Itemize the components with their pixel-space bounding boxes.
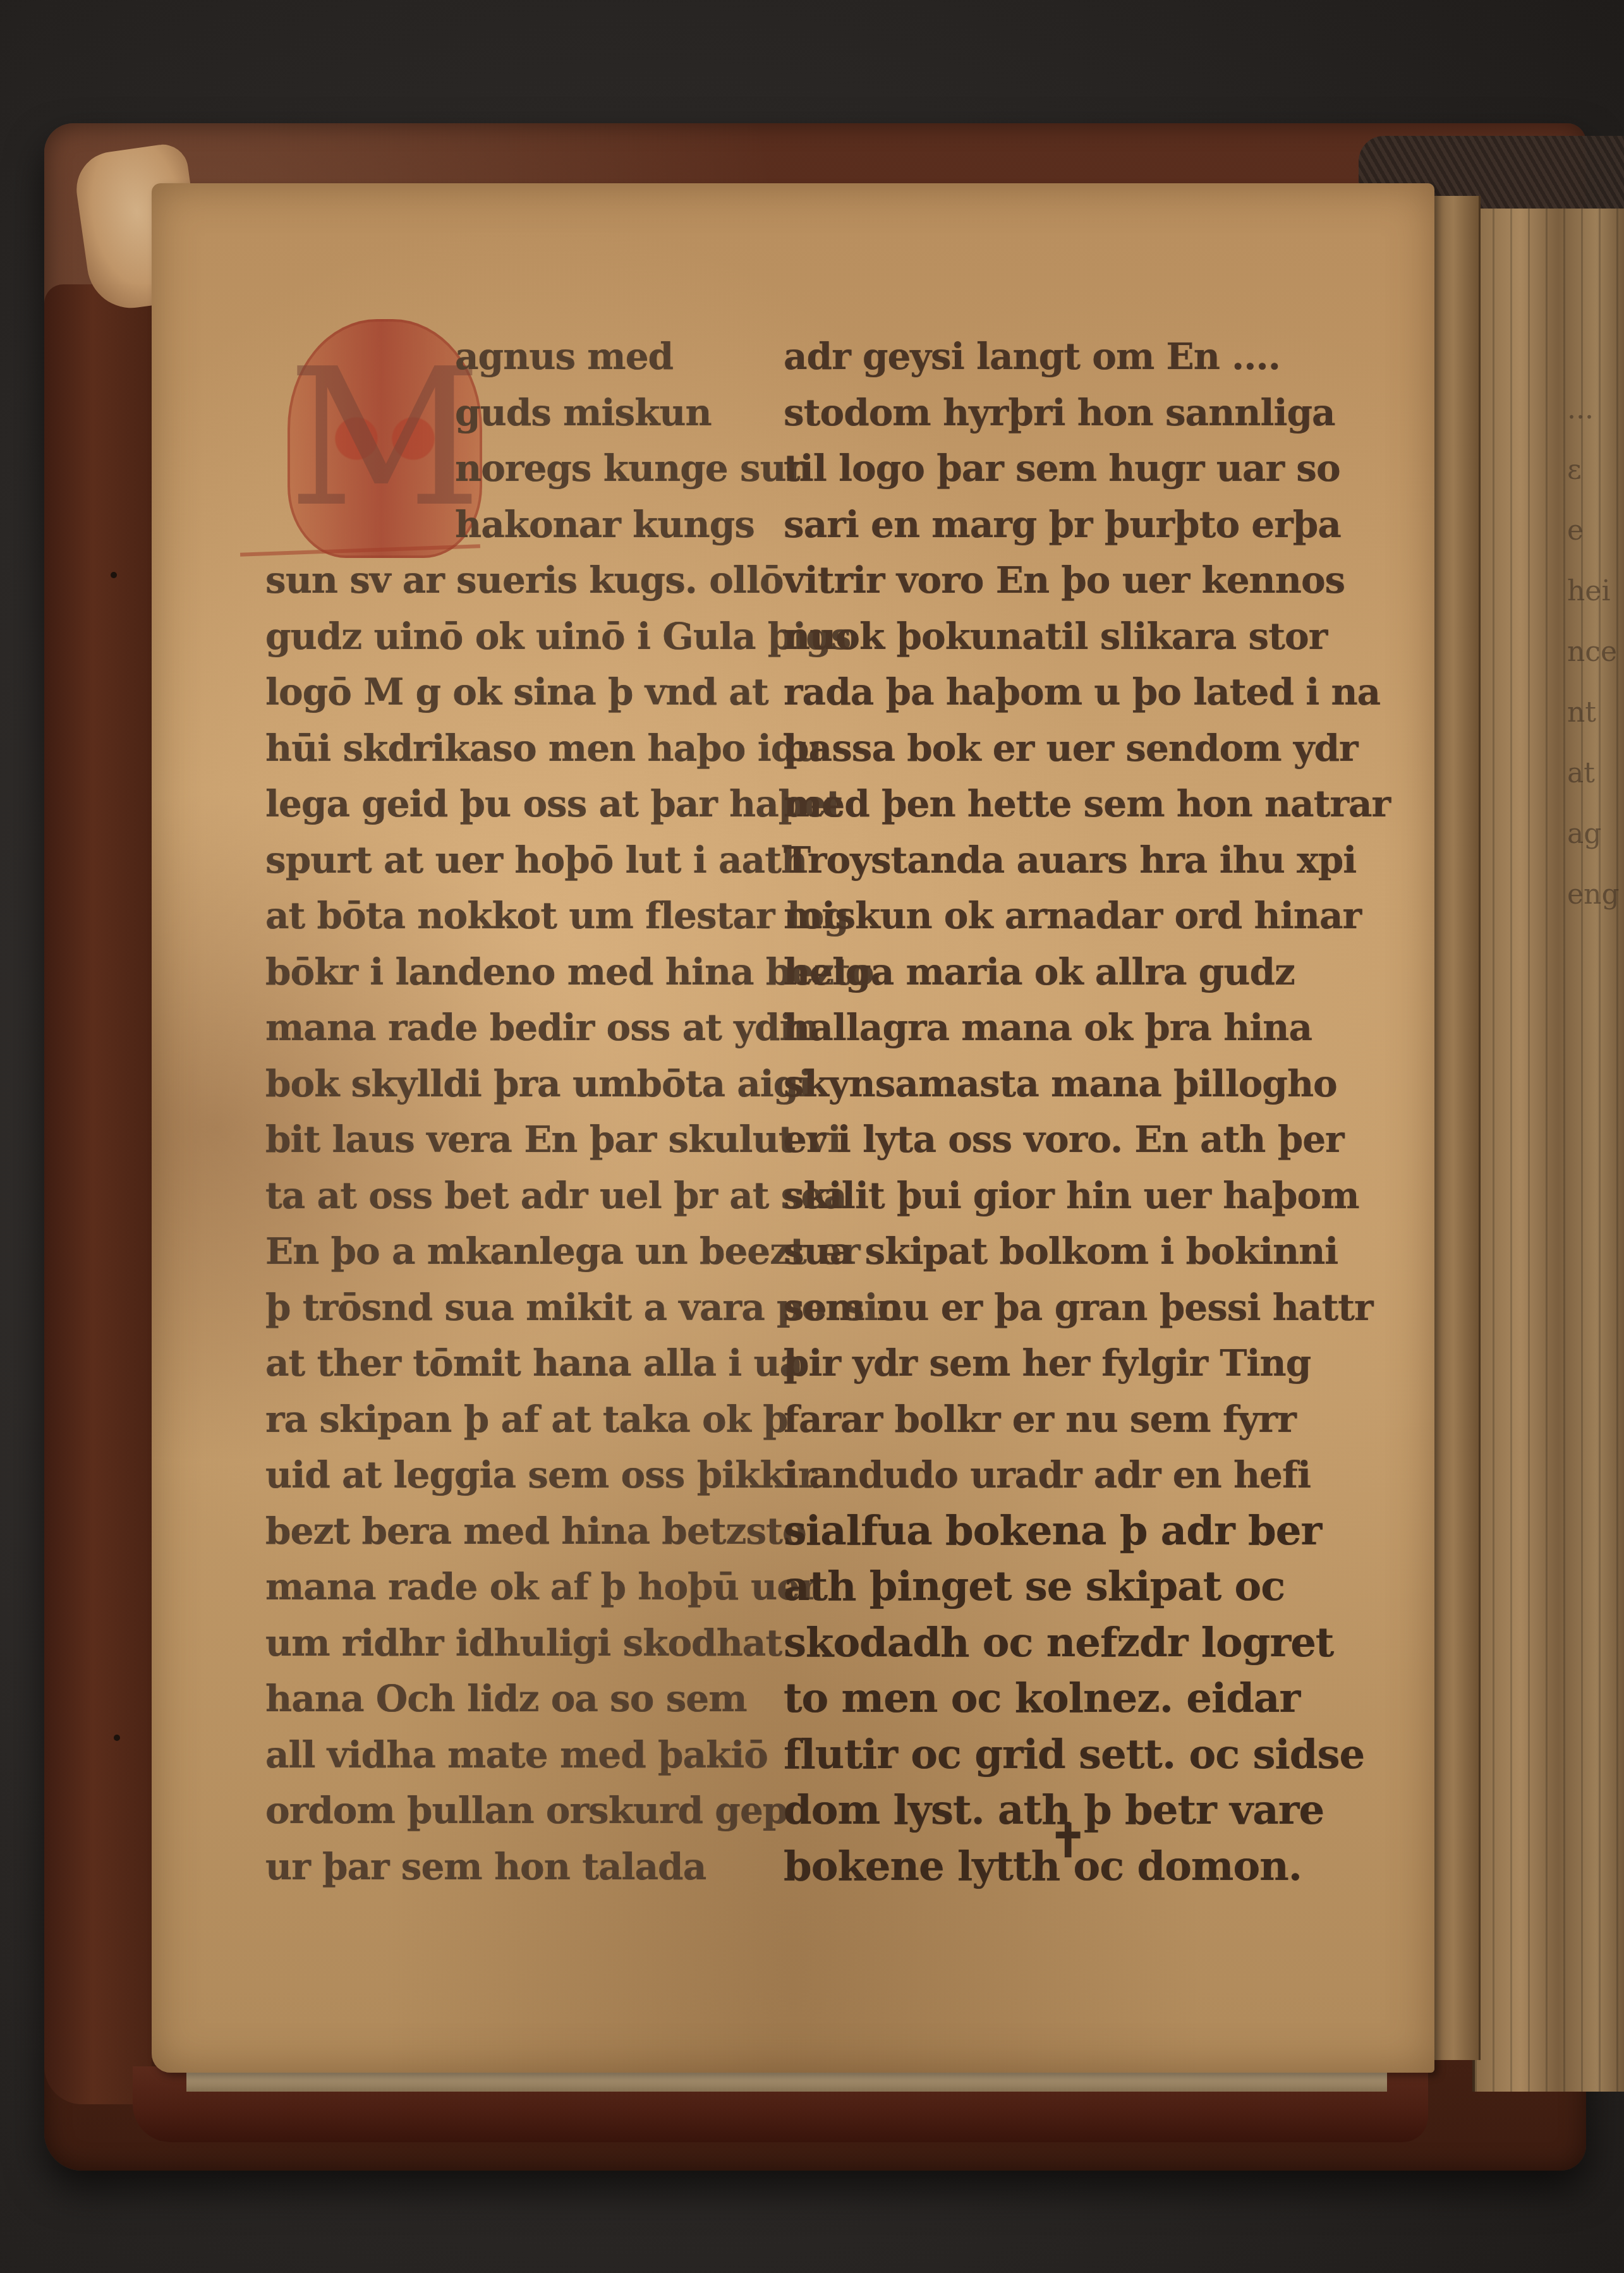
text-line: skilit þui gior hin uer haþom (784, 1168, 1403, 1224)
text-line: bokene lytth oc domon. (784, 1839, 1403, 1895)
text-line: hūi skdrikaso men haþo idu (265, 720, 746, 777)
fragment: ... (1567, 379, 1624, 440)
fragment: nt (1567, 682, 1624, 743)
text-line: sua skipat bolkom i bokinni (784, 1223, 1403, 1280)
fragment: ag (1567, 804, 1624, 864)
text-line: En þo a mkanlega un beezt er (265, 1223, 746, 1280)
text-line: agnus med (265, 329, 746, 385)
text-line: nuok þokunatil slikara stor (784, 609, 1403, 665)
text-line: þ trōsnd sua mikit a vara porsio (265, 1280, 746, 1336)
text-line: helga maria ok allra gudz (784, 944, 1403, 1000)
fragment: hei (1567, 561, 1624, 622)
text-line: guds miskun (265, 385, 746, 441)
text-line: logō M g ok sina þ vnd at (265, 664, 746, 720)
fragment: eng (1567, 864, 1624, 925)
text-line: vitrir voro En þo uer kennos (784, 552, 1403, 609)
text-line: miskun ok arnadar ord hinar (784, 888, 1403, 944)
text-line: adr geysi langt om En .... (784, 329, 1403, 385)
text-line: til logo þar sem hugr uar so (784, 440, 1403, 497)
text-line: hana Och lidz oa so sem (265, 1671, 746, 1727)
text-line: to men oc kolnez. eidar (784, 1671, 1403, 1727)
text-line: bezt bera med hina betzsto (265, 1503, 746, 1560)
text-line: sari en marg þr þurþto erþa (784, 497, 1403, 553)
text-line: bok skylldi þra umbōta aigi (265, 1056, 746, 1112)
text-line: spurt at uer hoþō lut i aath (265, 832, 746, 888)
text-line: ordom þullan orskurd gep (265, 1783, 746, 1839)
text-column-right: adr geysi langt om En .... stodom hyrþri… (784, 329, 1403, 1894)
text-line: bit laus vera En þar skulut vi (265, 1112, 746, 1168)
text-line: ath þinget se skipat oc (784, 1559, 1403, 1615)
text-line: i andudo uradr adr en hefi (784, 1447, 1403, 1503)
text-line: farar bolkr er nu sem fyrr (784, 1391, 1403, 1448)
text-line: bōkr i landeno med hina bezto (265, 944, 746, 1000)
text-line: ur þar sem hon talada (265, 1839, 746, 1895)
text-line: gudz uinō ok uinō i Gula þigs (265, 609, 746, 665)
text-line: all vidha mate med þakiō (265, 1727, 746, 1783)
text-line: hakonar kungs (265, 497, 746, 553)
text-line: skodadh oc nefzdr logret (784, 1615, 1403, 1671)
text-line: stodom hyrþri hon sannliga (784, 385, 1403, 441)
text-line: med þen hette sem hon natrar (784, 776, 1403, 832)
page-gutter-flap (1428, 196, 1481, 2060)
text-line: at ther tōmit hana alla i ua (265, 1335, 746, 1391)
leather-binding-edge (44, 284, 152, 2104)
text-line: um ridhr idhuligi skodhat (265, 1615, 746, 1671)
facing-page-fragments: ... ε e hei nce nt at ag eng (1567, 379, 1624, 1453)
text-column-left: agnus med guds miskun noregs kunge sun h… (265, 329, 746, 1894)
text-line: noregs kunge sun (265, 440, 746, 497)
text-line: sem nu er þa gran þessi hattr (784, 1280, 1403, 1336)
fragment: at (1567, 743, 1624, 804)
text-line: sun sv ar sueris kugs. ollō (265, 552, 746, 609)
text-line: ra skipan þ af at taka ok þ (265, 1391, 746, 1448)
text-line: dom lyst. ath þ betr vare (784, 1783, 1403, 1839)
manuscript-photo: ... ε e hei nce nt at ag eng M agnus med… (0, 0, 1624, 2273)
text-line: skynsamasta mana þillogho (784, 1056, 1403, 1112)
text-line: er i lyta oss voro. En ath þer (784, 1112, 1403, 1168)
text-line: hallagra mana ok þra hina (784, 1000, 1403, 1056)
text-line: sialfua bokena þ adr ber (784, 1503, 1403, 1560)
end-cross-mark: ✝ (1049, 1814, 1087, 1867)
fragment: e (1567, 500, 1624, 561)
text-line: mana rade bedir oss at ydin (265, 1000, 746, 1056)
text-line: þir ydr sem her fylgir Ting (784, 1335, 1403, 1391)
text-line: mana rade ok af þ hoþū uer (265, 1559, 746, 1615)
text-line: lega geid þu oss at þar haþet (265, 776, 746, 832)
text-line: flutir oc grid sett. oc sidse (784, 1727, 1403, 1783)
fragment: nce (1567, 622, 1624, 682)
text-line: Troystanda auars hra ihu xpi (784, 832, 1403, 888)
fragment: ε (1567, 440, 1624, 500)
text-line: ta at oss bet adr uel þr at sea (265, 1168, 746, 1224)
text-line: uid at leggia sem oss þikkir (265, 1447, 746, 1503)
text-line: þassa bok er uer sendom ydr (784, 720, 1403, 777)
text-line: rada þa haþom u þo lated i na (784, 664, 1403, 720)
text-line: at bōta nokkot um flestar log (265, 888, 746, 944)
